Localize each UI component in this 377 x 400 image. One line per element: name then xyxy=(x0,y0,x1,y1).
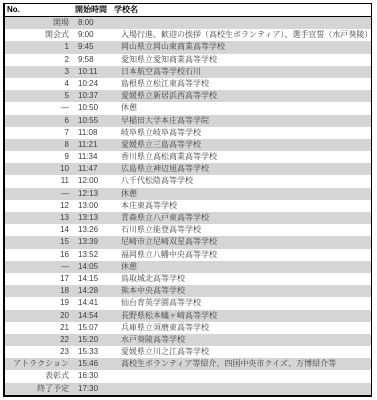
table-row: — 10:50 休憩 xyxy=(5,102,371,114)
no-cell: 17 xyxy=(5,273,72,285)
no-cell: アトラクション xyxy=(5,358,72,370)
table-row: 20 14:54 長野県松本蟻ヶ崎高等学校 xyxy=(5,310,371,322)
table-row: 11 12:00 八千代松陰高等学校 xyxy=(5,175,371,187)
no-cell: 18 xyxy=(5,285,72,297)
no-cell: 14 xyxy=(5,224,72,236)
school-cell: 愛媛県立新居浜西高等学校 xyxy=(118,90,371,102)
table-row: 21 15:07 兵庫県立須磨東高等学校 xyxy=(5,322,371,334)
table-row: — 12:13 休憩 xyxy=(5,188,371,200)
school-cell: 休憩 xyxy=(118,188,371,200)
time-cell: 14:15 xyxy=(72,273,118,285)
header-school-name: 学校名 xyxy=(111,4,371,16)
table-row: 開場 8:00 xyxy=(5,17,371,29)
time-cell: 11:34 xyxy=(72,151,118,163)
no-cell: 開場 xyxy=(5,17,72,29)
table-row: 7 11:08 岐阜県立岐阜高等学校 xyxy=(5,127,371,139)
time-cell: 17:30 xyxy=(72,383,118,395)
table-row: 19 14:41 仙台育英学園高等学校 xyxy=(5,297,371,309)
table-row: 終了予定 17:30 xyxy=(5,383,371,395)
time-cell: 10:11 xyxy=(72,66,118,78)
no-cell: 開会式 xyxy=(5,29,72,41)
time-cell: 9:58 xyxy=(72,54,118,66)
no-cell: — xyxy=(5,188,72,200)
school-cell: 香川県立高松商業高等学校 xyxy=(118,151,371,163)
table-row: 8 11:21 愛媛県立三島高等学校 xyxy=(5,139,371,151)
school-cell: 愛媛県立川之江高等学校 xyxy=(118,346,371,358)
school-cell: 日本航空高等学校石川 xyxy=(118,66,371,78)
time-cell: 14:41 xyxy=(72,297,118,309)
school-cell: 岡山県立岡山東商業高等学校 xyxy=(118,41,371,53)
time-cell: 9:45 xyxy=(72,41,118,53)
school-cell: 熊本中央高等学校 xyxy=(118,285,371,297)
table-row: 3 10:11 日本航空高等学校石川 xyxy=(5,66,371,78)
time-cell: 15:33 xyxy=(72,346,118,358)
time-cell: 15:46 xyxy=(72,358,118,370)
school-cell: 本庄東高等学校 xyxy=(118,200,371,212)
no-cell: 7 xyxy=(5,127,72,139)
table-row: 1 9:45 岡山県立岡山東商業高等学校 xyxy=(5,41,371,53)
table-row: 14 13:26 石川県立能登高等学校 xyxy=(5,224,371,236)
schedule-table: No. 開始時間 学校名 開場 8:00 開会式 9:00 入場行進、歓迎の挨拶… xyxy=(3,3,372,397)
no-cell: 2 xyxy=(5,54,72,66)
no-cell: 6 xyxy=(5,115,72,127)
time-cell: 10:24 xyxy=(72,78,118,90)
school-cell: 入場行進、歓迎の挨拶（高校生ボランティア）、選手宣誓（水戸葵陵） xyxy=(118,29,371,41)
no-cell: 4 xyxy=(5,78,72,90)
school-cell: 愛媛県立三島高等学校 xyxy=(118,139,371,151)
no-cell: 5 xyxy=(5,90,72,102)
time-cell: 15:20 xyxy=(72,334,118,346)
table-row: 4 10:24 島根県立松江東高等学校 xyxy=(5,78,371,90)
table-row: 17 14:15 鳥取城北高等学校 xyxy=(5,273,371,285)
no-cell: 1 xyxy=(5,41,72,53)
no-cell: 11 xyxy=(5,175,72,187)
school-cell: 高校生ボランティア等紹介、四国中央市クイズ、万博紹介等 xyxy=(118,358,371,370)
table-row: — 14:05 休憩 xyxy=(5,261,371,273)
time-cell: 9:00 xyxy=(72,29,118,41)
no-cell: 8 xyxy=(5,139,72,151)
table-row: 開会式 9:00 入場行進、歓迎の挨拶（高校生ボランティア）、選手宣誓（水戸葵陵… xyxy=(5,29,371,41)
table-row: 16 13:52 福岡県立八幡中央高等学校 xyxy=(5,249,371,261)
no-cell: 16 xyxy=(5,249,72,261)
time-cell: 13:13 xyxy=(72,212,118,224)
school-cell: 兵庫県立須磨東高等学校 xyxy=(118,322,371,334)
no-cell: 表彰式 xyxy=(5,370,72,382)
no-cell: 9 xyxy=(5,151,72,163)
table-row: 13 13:13 青森県立八戸東高等学校 xyxy=(5,212,371,224)
no-cell: — xyxy=(5,102,72,114)
table-row: 2 9:58 愛知県立愛知商業高等学校 xyxy=(5,54,371,66)
no-cell: 13 xyxy=(5,212,72,224)
table-row: 12 13:00 本庄東高等学校 xyxy=(5,200,371,212)
time-cell: 11:21 xyxy=(72,139,118,151)
school-cell: 早稲田大学本庄高等学院 xyxy=(118,115,371,127)
school-cell: 広島県立神辺旭高等学校 xyxy=(118,163,371,175)
no-cell: 20 xyxy=(5,310,72,322)
no-cell: — xyxy=(5,261,72,273)
table-header-row: No. 開始時間 学校名 xyxy=(5,4,371,17)
time-cell: 10:37 xyxy=(72,90,118,102)
school-cell: 休憩 xyxy=(118,261,371,273)
school-cell: 鳥取城北高等学校 xyxy=(118,273,371,285)
table-row: 18 14:28 熊本中央高等学校 xyxy=(5,285,371,297)
no-cell: 3 xyxy=(5,66,72,78)
no-cell: 12 xyxy=(5,200,72,212)
school-cell: 福岡県立八幡中央高等学校 xyxy=(118,249,371,261)
school-cell: 青森県立八戸東高等学校 xyxy=(118,212,371,224)
time-cell: 14:05 xyxy=(72,261,118,273)
time-cell: 13:26 xyxy=(72,224,118,236)
school-cell: 島根県立松江東高等学校 xyxy=(118,78,371,90)
time-cell: 12:00 xyxy=(72,175,118,187)
time-cell: 11:47 xyxy=(72,163,118,175)
time-cell: 10:55 xyxy=(72,115,118,127)
time-cell: 16:30 xyxy=(72,370,118,382)
time-cell: 12:13 xyxy=(72,188,118,200)
no-cell: 19 xyxy=(5,297,72,309)
no-cell: 23 xyxy=(5,346,72,358)
time-cell: 8:00 xyxy=(72,17,118,29)
table-row: 10 11:47 広島県立神辺旭高等学校 xyxy=(5,163,371,175)
school-cell: 尼崎市立尼崎双星高等学校 xyxy=(118,236,371,248)
no-cell: 10 xyxy=(5,163,72,175)
school-cell: 長野県松本蟻ヶ崎高等学校 xyxy=(118,310,371,322)
school-cell: 岐阜県立岐阜高等学校 xyxy=(118,127,371,139)
school-cell: 休憩 xyxy=(118,102,371,114)
table-row: 23 15:33 愛媛県立川之江高等学校 xyxy=(5,346,371,358)
no-cell: 22 xyxy=(5,334,72,346)
school-cell: 八千代松陰高等学校 xyxy=(118,175,371,187)
no-cell: 21 xyxy=(5,322,72,334)
no-cell: 15 xyxy=(5,236,72,248)
time-cell: 10:50 xyxy=(72,102,118,114)
time-cell: 14:28 xyxy=(72,285,118,297)
time-cell: 13:00 xyxy=(72,200,118,212)
time-cell: 13:39 xyxy=(72,236,118,248)
school-cell: 水戸葵陵高等学校 xyxy=(118,334,371,346)
no-cell: 終了予定 xyxy=(5,383,72,395)
header-start-time: 開始時間 xyxy=(71,4,111,16)
school-cell: 仙台育英学園高等学校 xyxy=(118,297,371,309)
school-cell: 石川県立能登高等学校 xyxy=(118,224,371,236)
school-cell: 愛知県立愛知商業高等学校 xyxy=(118,54,371,66)
table-row: 15 13:39 尼崎市立尼崎双星高等学校 xyxy=(5,236,371,248)
table-row: 6 10:55 早稲田大学本庄高等学院 xyxy=(5,115,371,127)
table-row: 22 15:20 水戸葵陵高等学校 xyxy=(5,334,371,346)
table-row: アトラクション 15:46 高校生ボランティア等紹介、四国中央市クイズ、万博紹介… xyxy=(5,358,371,370)
table-row: 9 11:34 香川県立高松商業高等学校 xyxy=(5,151,371,163)
time-cell: 13:52 xyxy=(72,249,118,261)
header-no: No. xyxy=(5,4,71,16)
time-cell: 14:54 xyxy=(72,310,118,322)
time-cell: 11:08 xyxy=(72,127,118,139)
table-row: 5 10:37 愛媛県立新居浜西高等学校 xyxy=(5,90,371,102)
table-row: 表彰式 16:30 xyxy=(5,370,371,382)
time-cell: 15:07 xyxy=(72,322,118,334)
table-body: 開場 8:00 開会式 9:00 入場行進、歓迎の挨拶（高校生ボランティア）、選… xyxy=(5,17,371,395)
